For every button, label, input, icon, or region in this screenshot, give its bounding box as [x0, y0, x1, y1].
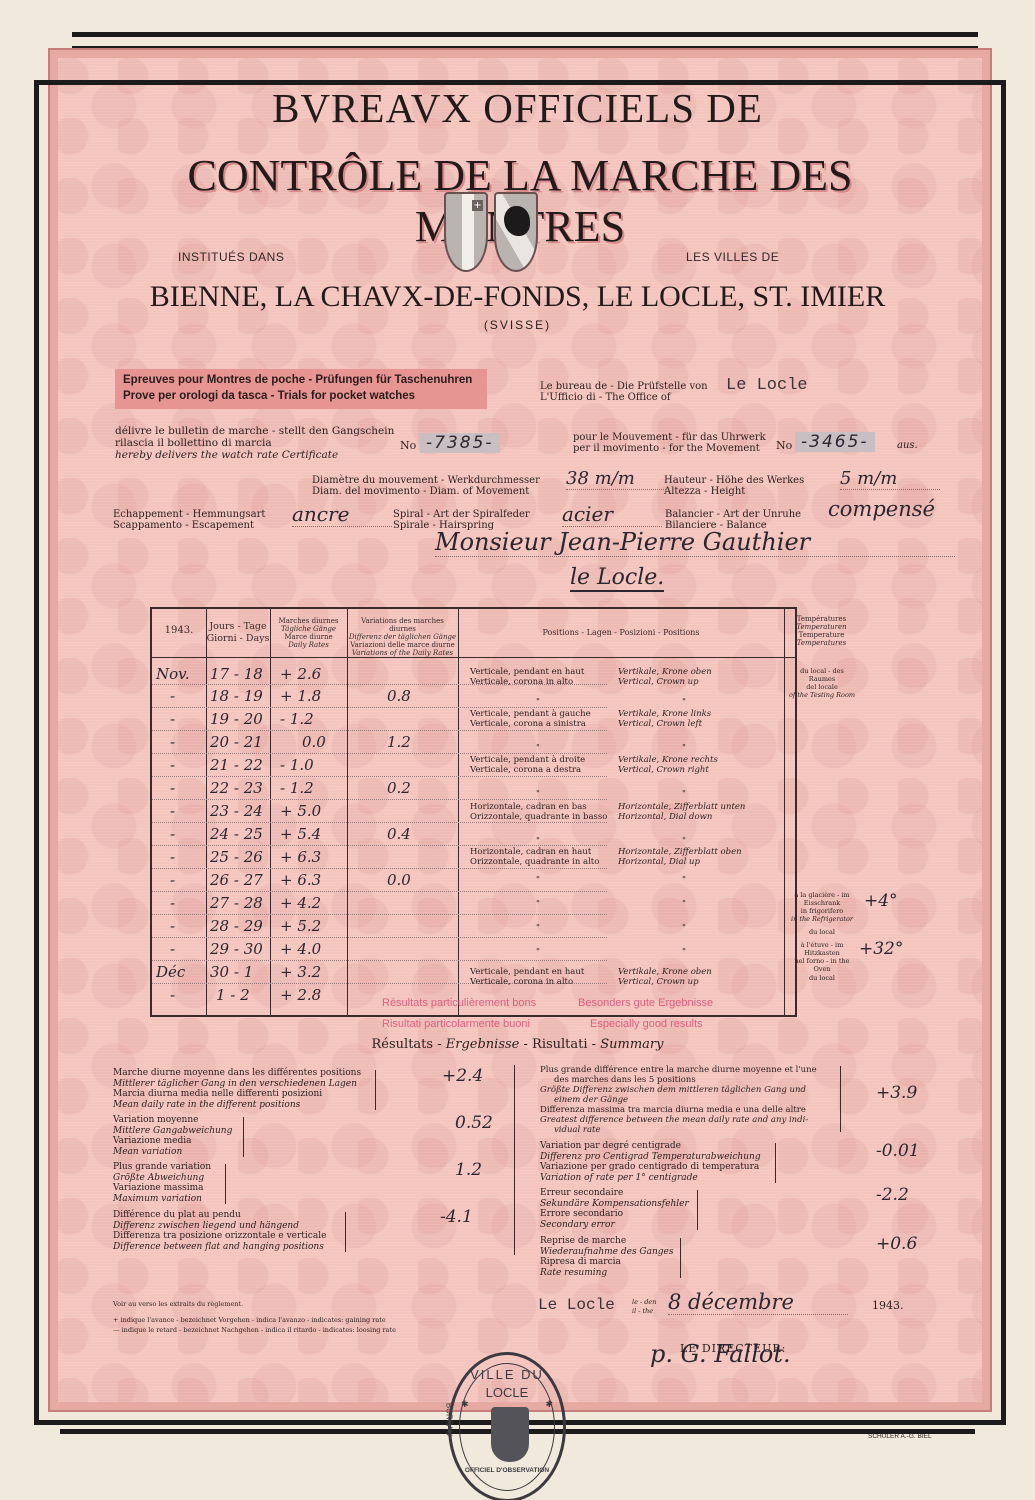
position-fr: Horizontale, cadran en bas: [470, 802, 607, 812]
escapement-label-line2: Scappamento - Escapement: [113, 520, 265, 531]
label-line: Wiederaufnahme des Ganges: [540, 1247, 673, 1258]
position-de: Horizontale, Zifferblatt unten: [618, 802, 745, 812]
recipient-name: Monsieur Jean-Pierre Gauthier: [435, 528, 955, 557]
ditto-mark: ": [536, 875, 540, 885]
col-header-days: Jours - Tage Giorni - Days: [206, 621, 270, 645]
position-it: Verticale, corona in alto: [470, 977, 584, 987]
col-rates-line3: Marce diurne: [270, 633, 347, 641]
ditto-mark: ": [682, 789, 686, 799]
position-crown-up-en: Vertikale, Krone oben Vertical, Crown up: [618, 667, 712, 687]
movement-label: pour le Mouvement - für das Uhrwerk per …: [573, 432, 766, 454]
position-en: Vertical, Crown up: [618, 977, 712, 987]
row-days: 1 - 2: [216, 986, 250, 1004]
ditto-mark: ": [682, 697, 686, 707]
header-line1: BVREAVX OFFICIELS DE: [0, 84, 1035, 132]
neuchatel-shield-icon: +: [444, 192, 488, 272]
summary-greatest-difference-label: Plus grande différence entre la marche d…: [540, 1065, 817, 1135]
label-line: Variazione media: [113, 1136, 232, 1147]
temp-oven-value: +32°: [859, 939, 903, 959]
row-variation: 0.0: [387, 871, 411, 889]
ditto-mark: ": [682, 875, 686, 885]
position-crown-up-2: Verticale, pendant en haut Verticale, co…: [470, 967, 584, 987]
banner-line2: Prove per orologi da tasca - Trials for …: [123, 388, 479, 404]
col-rates-line4: Daily Rates: [270, 641, 347, 649]
row-rate: - 1.2: [280, 710, 314, 728]
col-header-variations: Variations des marches diurnes Differenz…: [347, 617, 458, 657]
office-label-line2: L'Ufficio di - The Office of: [540, 392, 708, 403]
row-month: Déc: [156, 963, 185, 981]
office-value: Le Locle: [726, 376, 808, 395]
stamp-results-it: Risultati particolarmente buoni: [382, 1018, 530, 1030]
certificate-page: BVREAVX OFFICIELS DE CONTRÔLE DE LA MARC…: [0, 0, 1035, 1500]
row-month: -: [170, 940, 175, 958]
label-line: Variation of rate per 1° centigrade: [540, 1173, 761, 1184]
col-temp-line1: Températures: [784, 615, 859, 623]
temp-room-line1: du local - des Raumes: [786, 667, 858, 683]
ditto-mark: ": [682, 899, 686, 909]
country-label: (SVISSE): [0, 318, 1035, 332]
position-crown-left-en: Vertikale, Krone links Vertical, Crown l…: [618, 709, 711, 729]
table-year: 1943.: [152, 627, 206, 635]
movement-no-label: No: [776, 440, 792, 451]
summary-rate-resuming-label: Reprise de marche Wiederaufnahme des Gan…: [540, 1236, 673, 1278]
label-line: Mean daily rate in the different positio…: [113, 1100, 361, 1111]
summary-title-it: Risultati: [532, 1037, 588, 1052]
row-rate: + 5.4: [280, 825, 321, 843]
row-rate: + 2.8: [280, 986, 321, 1004]
position-de: Horizontale, Zifferblatt oben: [618, 847, 742, 857]
swiss-cross-icon: +: [472, 200, 483, 211]
position-crown-right: Verticale, pendant à droite Verticale, c…: [470, 755, 585, 775]
escapement-label-line1: Echappement - Hemmungsart: [113, 509, 265, 520]
hairspring-value: acier: [562, 502, 662, 527]
diameter-value: 38 m/m: [566, 468, 666, 490]
position-de: Vertikale, Krone oben: [618, 667, 712, 677]
summary-title-de: Ergebnisse: [446, 1037, 520, 1052]
row-days: 20 - 21: [210, 733, 263, 751]
summary-mean-daily-rate-value: +2.4: [442, 1066, 483, 1086]
col-var-line4: Variations of the Daily Rates: [347, 649, 458, 657]
office-label-line1: Le bureau de - Die Prüfstelle von: [540, 381, 708, 392]
balance-value: compensé: [828, 497, 935, 521]
ditto-mark: ": [536, 789, 540, 799]
position-fr: Verticale, pendant en haut: [470, 667, 584, 677]
row-rate: + 3.2: [280, 963, 321, 981]
label-line: Differenz pro Centigrad Temperaturabweic…: [540, 1152, 761, 1163]
ditto-mark: ": [682, 836, 686, 846]
row-days: 18 - 19: [210, 687, 263, 705]
row-variation: 0.8: [387, 687, 411, 705]
position-dial-down-en: Horizontale, Zifferblatt unten Horizonta…: [618, 802, 745, 822]
row-days: 26 - 27: [210, 871, 263, 889]
position-de: Vertikale, Krone rechts: [618, 755, 718, 765]
director-signature: p. G. Fallot.: [650, 1340, 791, 1368]
row-month: -: [170, 802, 175, 820]
ditto-mark: ": [682, 743, 686, 753]
row-rate: + 6.3: [280, 871, 321, 889]
bulletin-no-label: No: [400, 440, 416, 451]
row-month: -: [170, 687, 175, 705]
bear-icon: [504, 206, 530, 236]
row-rate: + 2.6: [280, 665, 321, 683]
summary-mean-variation-value: 0.52: [455, 1113, 493, 1133]
col-rates-line1: Marches diurnes: [270, 617, 347, 625]
label-line: Mittlere Gangabweichung: [113, 1126, 232, 1137]
diameter-label-line1: Diamètre du mouvement - Werkdurchmesser: [312, 475, 540, 486]
label-line: Variation par degré centigrade: [540, 1141, 761, 1152]
summary-temp-variation-value: -0.01: [876, 1141, 920, 1161]
label-line: Ripresa di marcia: [540, 1257, 673, 1268]
label-line: Différence du plat au pendu: [113, 1210, 326, 1221]
frame-border-top: [72, 32, 978, 48]
temp-fridge-value: +4°: [864, 891, 898, 911]
height-label-line2: Altezza - Height: [664, 486, 804, 497]
row-rate: - 1.0: [280, 756, 314, 774]
row-days: 21 - 22: [210, 756, 263, 774]
bern-bear-shield-icon: [494, 192, 538, 272]
position-en: Horizontal, Dial up: [618, 857, 742, 867]
movement-label-line2: per il movimento - for the Movement: [573, 443, 766, 454]
row-month: Nov.: [156, 665, 190, 683]
label-line: Plus grande différence entre la marche d…: [540, 1065, 817, 1075]
col-var-line1: Variations des marches diurnes: [347, 617, 458, 633]
temp-oven-line2: nel forno - in the Oven: [786, 957, 858, 973]
star-icon: ✱: [461, 1399, 469, 1410]
position-fr: Verticale, pendant en haut: [470, 967, 584, 977]
summary-secondary-error-label: Erreur secondaire Sekundäre Kompensation…: [540, 1188, 689, 1230]
office-label: Le bureau de - Die Prüfstelle von L'Uffi…: [540, 381, 708, 403]
summary-secondary-error-value: -2.2: [876, 1185, 909, 1205]
col-days-line2: Giorni - Days: [206, 633, 270, 645]
row-variation: 0.4: [387, 825, 411, 843]
position-de: Vertikale, Krone links: [618, 709, 711, 719]
recipient-city: le Locle.: [570, 565, 664, 592]
col-header-positions: Positions - Lagen - Posizioni - Position…: [458, 629, 784, 637]
summary-greatest-difference-value: +3.9: [876, 1083, 917, 1103]
bulletin-label-line3: hereby delivers the watch rate Certifica…: [115, 449, 394, 461]
ditto-mark: ": [536, 899, 540, 909]
row-days: 22 - 23: [210, 779, 263, 797]
summary-rate-resuming-value: +0.6: [876, 1234, 917, 1254]
label-line: Rate resuming: [540, 1268, 673, 1279]
row-month: -: [170, 710, 175, 728]
label-line: vidual rate: [540, 1125, 817, 1135]
col-rates-line2: Tägliche Gänge: [270, 625, 347, 633]
instituted-label: INSTITUÉS DANS: [178, 250, 284, 264]
summary-mean-daily-rate-label: Marche diurne moyenne dans les différent…: [113, 1068, 361, 1110]
label-line: des marches dans les 5 positions: [540, 1075, 817, 1085]
coat-of-arms-castle-icon: [491, 1407, 529, 1462]
label-line: Difference between flat and hanging posi…: [113, 1242, 326, 1253]
label-line: Größte Abweichung: [113, 1173, 211, 1184]
position-fr: Verticale, pendant à gauche: [470, 709, 591, 719]
temp-local: du local: [786, 928, 858, 936]
star-icon: ✱: [545, 1399, 553, 1410]
row-rate: + 6.3: [280, 848, 321, 866]
diameter-label-line2: Diam. del movimento - Diam. of Movement: [312, 486, 540, 497]
date-value: 8 décembre: [668, 1290, 848, 1315]
col-temp-line3: Temperature: [784, 631, 859, 639]
col-days-line1: Jours - Tage: [206, 621, 270, 633]
row-days: 19 - 20: [210, 710, 263, 728]
row-rate: - 1.2: [280, 779, 314, 797]
printer-credit: SCHÜLER A.-G. BIEL: [868, 1433, 932, 1440]
row-rate: + 5.0: [280, 802, 321, 820]
label-line: Plus grande variation: [113, 1162, 211, 1173]
row-month: -: [170, 779, 175, 797]
col-temp-line2: Temperaturen: [784, 623, 859, 631]
label-line: Maximum variation: [113, 1194, 211, 1205]
position-en: Vertical, Crown up: [618, 677, 712, 687]
summary-title-fr: Résultats: [372, 1037, 434, 1052]
summary-max-variation-value: 1.2: [455, 1160, 482, 1180]
label-line: Errore secondario: [540, 1209, 689, 1220]
position-de: Vertikale, Krone oben: [618, 967, 712, 977]
row-rate: + 4.2: [280, 894, 321, 912]
position-crown-up: Verticale, pendant en haut Verticale, co…: [470, 667, 584, 687]
label-line: Secondary error: [540, 1220, 689, 1231]
row-variation: 1.2: [387, 733, 411, 751]
label-line: Mean variation: [113, 1147, 232, 1158]
row-days: 28 - 29: [210, 917, 263, 935]
label-line: Erreur secondaire: [540, 1188, 689, 1199]
summary-title-en: Summary: [600, 1037, 663, 1052]
height-label-line1: Hauteur - Höhe des Werkes: [664, 475, 804, 486]
temp-local-2: du local: [786, 974, 858, 982]
temp-fridge-line2: in frigorifero: [786, 907, 858, 915]
ditto-mark: ": [536, 923, 540, 933]
row-month: -: [170, 986, 175, 1004]
label-line: Variation moyenne: [113, 1115, 232, 1126]
position-it: Verticale, corona a destra: [470, 765, 585, 775]
year-value: 1943.: [872, 1299, 904, 1312]
date-label: le - den il - the: [632, 1298, 656, 1316]
label-line: Variazione massima: [113, 1183, 211, 1194]
position-dial-down: Horizontale, cadran en bas Orizzontale, …: [470, 802, 607, 822]
row-days: 17 - 18: [210, 665, 263, 683]
row-days: 29 - 30: [210, 940, 263, 958]
row-rate: + 4.0: [280, 940, 321, 958]
temp-oven: à l'étuve - im Hitzkasten nel forno - in…: [786, 941, 858, 973]
hairspring-label-line1: Spiral - Art der Spiralfeder: [393, 509, 530, 520]
escapement-value: ancre: [292, 502, 392, 527]
official-seal: VILLE DU LOCLE ✱ ✱ OFFICIEL D'OBSERVATIO…: [448, 1352, 566, 1500]
stamp-results-de: Besonders gute Ergebnisse: [578, 997, 713, 1009]
position-it: Verticale, corona a sinistra: [470, 719, 591, 729]
ditto-mark: ": [682, 923, 686, 933]
label-line: Sekundäre Kompensationsfehler: [540, 1199, 689, 1210]
date-label-line2: il - the: [632, 1307, 656, 1316]
ditto-mark: ": [536, 947, 540, 957]
temp-fridge-line3: in the Refrigerator: [786, 915, 858, 923]
row-month: -: [170, 756, 175, 774]
ditto-mark: ": [536, 743, 540, 753]
ditto-mark: ": [536, 836, 540, 846]
row-rate: + 5.2: [280, 917, 321, 935]
position-crown-left: Verticale, pendant à gauche Verticale, c…: [470, 709, 591, 729]
col-var-line3: Variazioni delle marce diurne: [347, 641, 458, 649]
certificate-number: -7385-: [420, 433, 500, 453]
label-line: Marcia diurna media nelle differenti pos…: [113, 1089, 361, 1100]
position-dial-up: Horizontale, cadran en haut Orizzontale,…: [470, 847, 599, 867]
label-line: einem der Gänge: [540, 1095, 817, 1105]
label-line: Differenza massima tra marcia diurna med…: [540, 1105, 817, 1115]
ditto-mark: ": [536, 697, 540, 707]
banner-line1: Epreuves pour Montres de poche - Prüfung…: [123, 372, 479, 388]
label-line: Variazione per grado centigrado di tempe…: [540, 1162, 761, 1173]
seal-bottom-text: OFFICIEL D'OBSERVATION: [451, 1467, 563, 1474]
temp-testing-room: du local - des Raumes del locale of the …: [786, 667, 858, 699]
bulletin-label-line1: délivre le bulletin de marche - stellt d…: [115, 425, 394, 437]
cities-label: LES VILLES DE: [686, 250, 779, 264]
position-dial-up-en: Horizontale, Zifferblatt oben Horizontal…: [618, 847, 742, 867]
summary-temp-variation-label: Variation par degré centigrade Differenz…: [540, 1141, 761, 1183]
position-en: Horizontal, Dial down: [618, 812, 745, 822]
position-en: Vertical, Crown left: [618, 719, 711, 729]
row-days: 24 - 25: [210, 825, 263, 843]
col-var-line2: Differenz der täglichen Gänge: [347, 633, 458, 641]
trials-banner: Epreuves pour Montres de poche - Prüfung…: [115, 369, 487, 409]
height-label: Hauteur - Höhe des Werkes Altezza - Heig…: [664, 475, 804, 497]
seal-top-text: VILLE DU: [451, 1367, 563, 1382]
position-fr: Verticale, pendant à droite: [470, 755, 585, 765]
diameter-label: Diamètre du mouvement - Werkdurchmesser …: [312, 475, 540, 497]
position-crown-right-en: Vertikale, Krone rechts Vertical, Crown …: [618, 755, 718, 775]
position-it: Orizzontale, quadrante in basso: [470, 812, 607, 822]
stamp-results-fr: Résultats particulièrement bons: [382, 997, 536, 1009]
summary-max-variation-label: Plus grande variation Größte Abweichung …: [113, 1162, 211, 1204]
summary-title: Résultats - Ergebnisse - Risultati - Sum…: [0, 1037, 1035, 1052]
minus-legend: — indique le retard - bezeichnet Nachgeh…: [113, 1326, 396, 1335]
summary-mean-variation-label: Variation moyenne Mittlere Gangabweichun…: [113, 1115, 232, 1157]
bulletin-label-line2: rilascia il bollettino di marcia: [115, 437, 394, 449]
row-month: -: [170, 894, 175, 912]
date-label-line1: le - den: [632, 1298, 656, 1307]
row-month: -: [170, 917, 175, 935]
temp-fridge-line1: à la glacière - im Eisschrank: [786, 891, 858, 907]
row-rate: 0.0: [302, 733, 326, 751]
row-rate: + 1.8: [280, 687, 321, 705]
height-value: 5 m/m: [840, 468, 940, 490]
seal-left-text: BUREAU: [445, 1400, 454, 1440]
col-header-temperatures: Températures Temperaturen Temperature Te…: [784, 615, 859, 647]
row-days: 27 - 28: [210, 894, 263, 912]
movement-suffix: aus.: [897, 440, 918, 451]
col-temp-line4: Temperatures: [784, 639, 859, 647]
cities-list: BIENNE, LA CHAVX-DE-FONDS, LE LOCLE, ST.…: [0, 280, 1035, 314]
label-line: Größte Differenz zwischen dem mittleren …: [540, 1085, 817, 1095]
summary-flat-hanging-label: Différence du plat au pendu Differenz zw…: [113, 1210, 326, 1252]
label-line: Differenza tra posizione orizzontale e v…: [113, 1231, 326, 1242]
label-line: Greatest difference between the mean dai…: [540, 1115, 817, 1125]
row-days: 23 - 24: [210, 802, 263, 820]
label-line: Reprise de marche: [540, 1236, 673, 1247]
position-fr: Horizontale, cadran en haut: [470, 847, 599, 857]
row-days: 25 - 26: [210, 848, 263, 866]
escapement-label: Echappement - Hemmungsart Scappamento - …: [113, 509, 265, 531]
temp-oven-line1: à l'étuve - im Hitzkasten: [786, 941, 858, 957]
row-month: -: [170, 733, 175, 751]
row-month: -: [170, 848, 175, 866]
position-en: Vertical, Crown right: [618, 765, 718, 775]
bulletin-label: délivre le bulletin de marche - stellt d…: [115, 425, 394, 461]
balance-label-line1: Balancier - Art der Unruhe: [665, 509, 801, 520]
plus-legend: + indique l'avance - bezeichnet Vorgehen…: [113, 1316, 386, 1325]
stamp-results-en: Especially good results: [590, 1018, 703, 1030]
label-line: Marche diurne moyenne dans les différent…: [113, 1068, 361, 1079]
daily-rates-table: 1943. Jours - Tage Giorni - Days Marches…: [150, 607, 797, 1017]
row-variation: 0.2: [387, 779, 411, 797]
movement-number: -3465-: [795, 432, 875, 452]
movement-label-line1: pour le Mouvement - für das Uhrwerk: [573, 432, 766, 443]
label-line: Differenz zwischen liegend und hängend: [113, 1221, 326, 1232]
temp-room-line2: del locale: [786, 683, 858, 691]
temp-refrigerator: à la glacière - im Eisschrank in frigori…: [786, 891, 858, 923]
row-days: 30 - 1: [210, 963, 253, 981]
regulations-note: Voir au verso les extraits du règlement.: [113, 1300, 243, 1309]
position-it: Orizzontale, quadrante in alto: [470, 857, 599, 867]
place-value: Le Locle: [538, 1296, 615, 1314]
row-month: -: [170, 825, 175, 843]
label-line: Mittlerer täglicher Gang in den verschie…: [113, 1079, 361, 1090]
position-crown-up-2-en: Vertikale, Krone oben Vertical, Crown up: [618, 967, 712, 987]
seal-city: LOCLE: [451, 1385, 563, 1400]
ditto-mark: ": [682, 947, 686, 957]
col-header-rates: Marches diurnes Tägliche Gänge Marce diu…: [270, 617, 347, 649]
position-it: Verticale, corona in alto: [470, 677, 584, 687]
temp-room-line3: of the Testing Room: [786, 691, 858, 699]
summary-flat-hanging-value: -4.1: [440, 1207, 473, 1227]
row-month: -: [170, 871, 175, 889]
